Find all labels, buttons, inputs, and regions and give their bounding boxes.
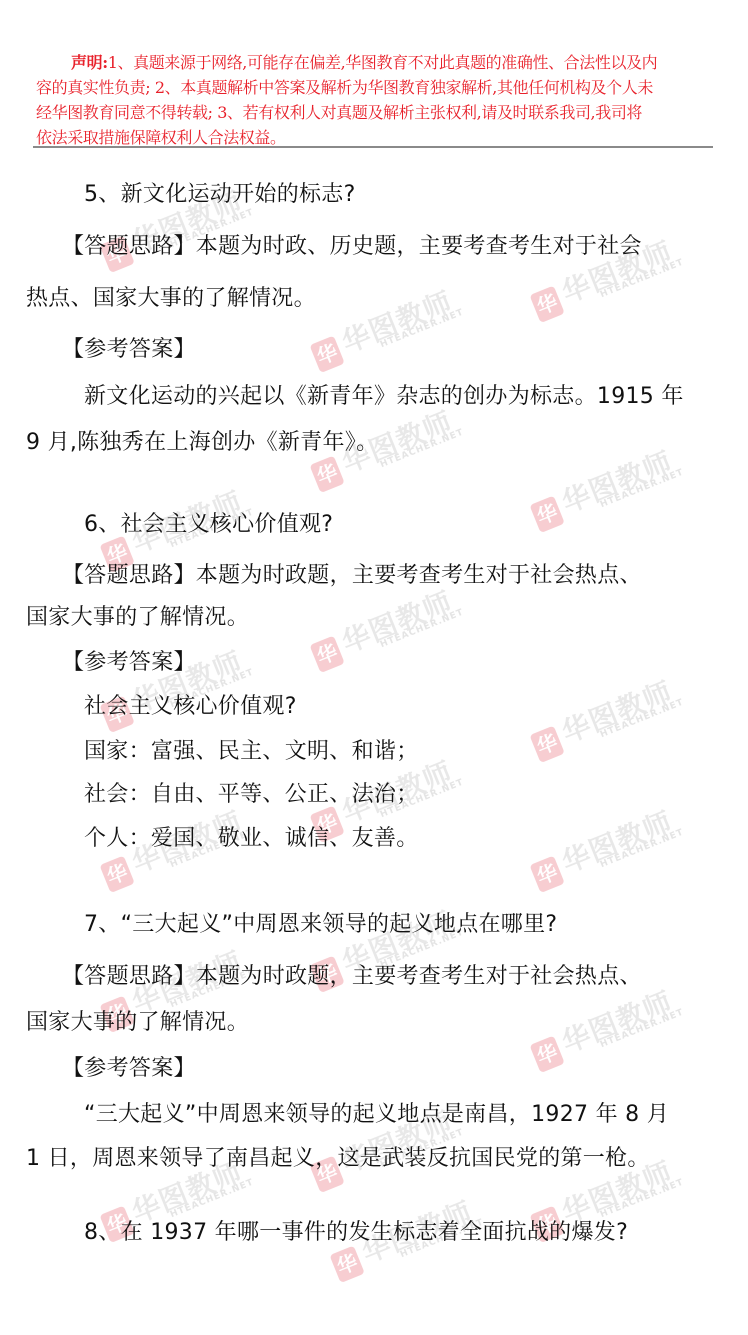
watermark-url: HTEACHER.NET bbox=[599, 1177, 686, 1220]
watermark-logo-icon: 华 bbox=[309, 636, 344, 674]
thinking-text: 【答题思路】本题为时政、历史题，主要考查考生对于社会 bbox=[62, 232, 642, 262]
watermark: 华华图教师HTEACHER.NET bbox=[303, 274, 466, 390]
answer-label: 【参考答案】 bbox=[62, 1054, 196, 1084]
answer-text: 9 月,陈独秀在上海创办《新青年》。 bbox=[26, 428, 378, 458]
watermark-url: HTEACHER.NET bbox=[599, 257, 686, 300]
watermark-logo-icon: 华 bbox=[309, 336, 344, 374]
watermark-url: HTEACHER.NET bbox=[599, 467, 686, 510]
answer-text: 新文化运动的兴起以《新青年》杂志的创办为标志。1915 年 bbox=[84, 382, 684, 412]
answer-text: 社会主义核心价值观? bbox=[84, 692, 297, 722]
thinking-text: 【答题思路】本题为时政题，主要考查考生对于社会热点、 bbox=[62, 561, 642, 591]
watermark-logo-icon: 华 bbox=[329, 1246, 364, 1284]
answer-text: 国家：富强、民主、文明、和谐； bbox=[84, 737, 419, 767]
disclaimer-text: 1、真题来源于网络,可能存在偏差,华图教育不对此真题的准确性、合法性以及内 bbox=[108, 53, 658, 72]
watermark-text: 华图教师 bbox=[555, 981, 678, 1062]
answer-text: 社会：自由、平等、公正、法治； bbox=[84, 780, 419, 810]
question-title: 6、社会主义核心价值观? bbox=[84, 510, 333, 540]
watermark-logo-icon: 华 bbox=[529, 286, 564, 324]
answer-label: 【参考答案】 bbox=[62, 648, 196, 678]
watermark-logo-icon: 华 bbox=[529, 856, 564, 894]
watermark-text: 华图教师 bbox=[335, 281, 458, 362]
question-title: 7、“三大起义”中周恩来领导的起义地点在哪里? bbox=[84, 910, 557, 940]
question-title: 5、新文化运动开始的标志? bbox=[84, 180, 356, 210]
thinking-text: 国家大事的了解情况。 bbox=[26, 1008, 249, 1038]
watermark-url: HTEACHER.NET bbox=[599, 1007, 686, 1050]
watermark-text: 华图教师 bbox=[555, 671, 678, 752]
disclaimer-text: 经华图教育同意不得转载; 3、若有权利人对真题及解析主张权利,请及时联系我司,我… bbox=[36, 100, 712, 125]
watermark-url: HTEACHER.NET bbox=[379, 307, 466, 350]
watermark-url: HTEACHER.NET bbox=[169, 1177, 256, 1220]
watermark-logo-icon: 华 bbox=[529, 1036, 564, 1074]
watermark: 华华图教师HTEACHER.NET bbox=[523, 434, 686, 550]
disclaimer: 声明:1、真题来源于网络,可能存在偏差,华图教育不对此真题的准确性、合法性以及内… bbox=[36, 50, 712, 150]
watermark-url: HTEACHER.NET bbox=[599, 827, 686, 870]
watermark-text: 华图教师 bbox=[555, 441, 678, 522]
watermark-text: 华图教师 bbox=[555, 801, 678, 882]
thinking-text: 【答题思路】本题为时政题，主要考查考生对于社会热点、 bbox=[62, 962, 642, 992]
disclaimer-label: 声明: bbox=[36, 53, 108, 72]
watermark-url: HTEACHER.NET bbox=[379, 427, 466, 470]
watermark: 华华图教师HTEACHER.NET bbox=[523, 794, 686, 910]
disclaimer-text: 容的真实性负责; 2、本真题解析中答案及解析为华图教育独家解析,其他任何机构及个… bbox=[36, 75, 712, 100]
watermark-logo-icon: 华 bbox=[99, 856, 134, 894]
watermark: 华华图教师HTEACHER.NET bbox=[303, 574, 466, 690]
answer-label: 【参考答案】 bbox=[62, 335, 196, 365]
watermark-url: HTEACHER.NET bbox=[599, 697, 686, 740]
answer-text: 1 日，周恩来领导了南昌起义，这是武装反抗国民党的第一枪。 bbox=[26, 1144, 650, 1174]
answer-text: “三大起义”中周恩来领导的起义地点是南昌，1927 年 8 月 bbox=[84, 1100, 669, 1130]
answer-text: 个人：爱国、敬业、诚信、友善。 bbox=[84, 824, 419, 854]
watermark-logo-icon: 华 bbox=[529, 496, 564, 534]
watermark-text: 华图教师 bbox=[335, 581, 458, 662]
thinking-text: 国家大事的了解情况。 bbox=[26, 603, 249, 633]
header-divider bbox=[33, 146, 713, 148]
thinking-text: 热点、国家大事的了解情况。 bbox=[26, 284, 316, 314]
watermark-url: HTEACHER.NET bbox=[379, 607, 466, 650]
watermark: 华华图教师HTEACHER.NET bbox=[523, 664, 686, 780]
question-title: 8、在 1937 年哪一事件的发生标志着全面抗战的爆发? bbox=[84, 1218, 628, 1248]
watermark-logo-icon: 华 bbox=[309, 456, 344, 494]
watermark-logo-icon: 华 bbox=[529, 726, 564, 764]
